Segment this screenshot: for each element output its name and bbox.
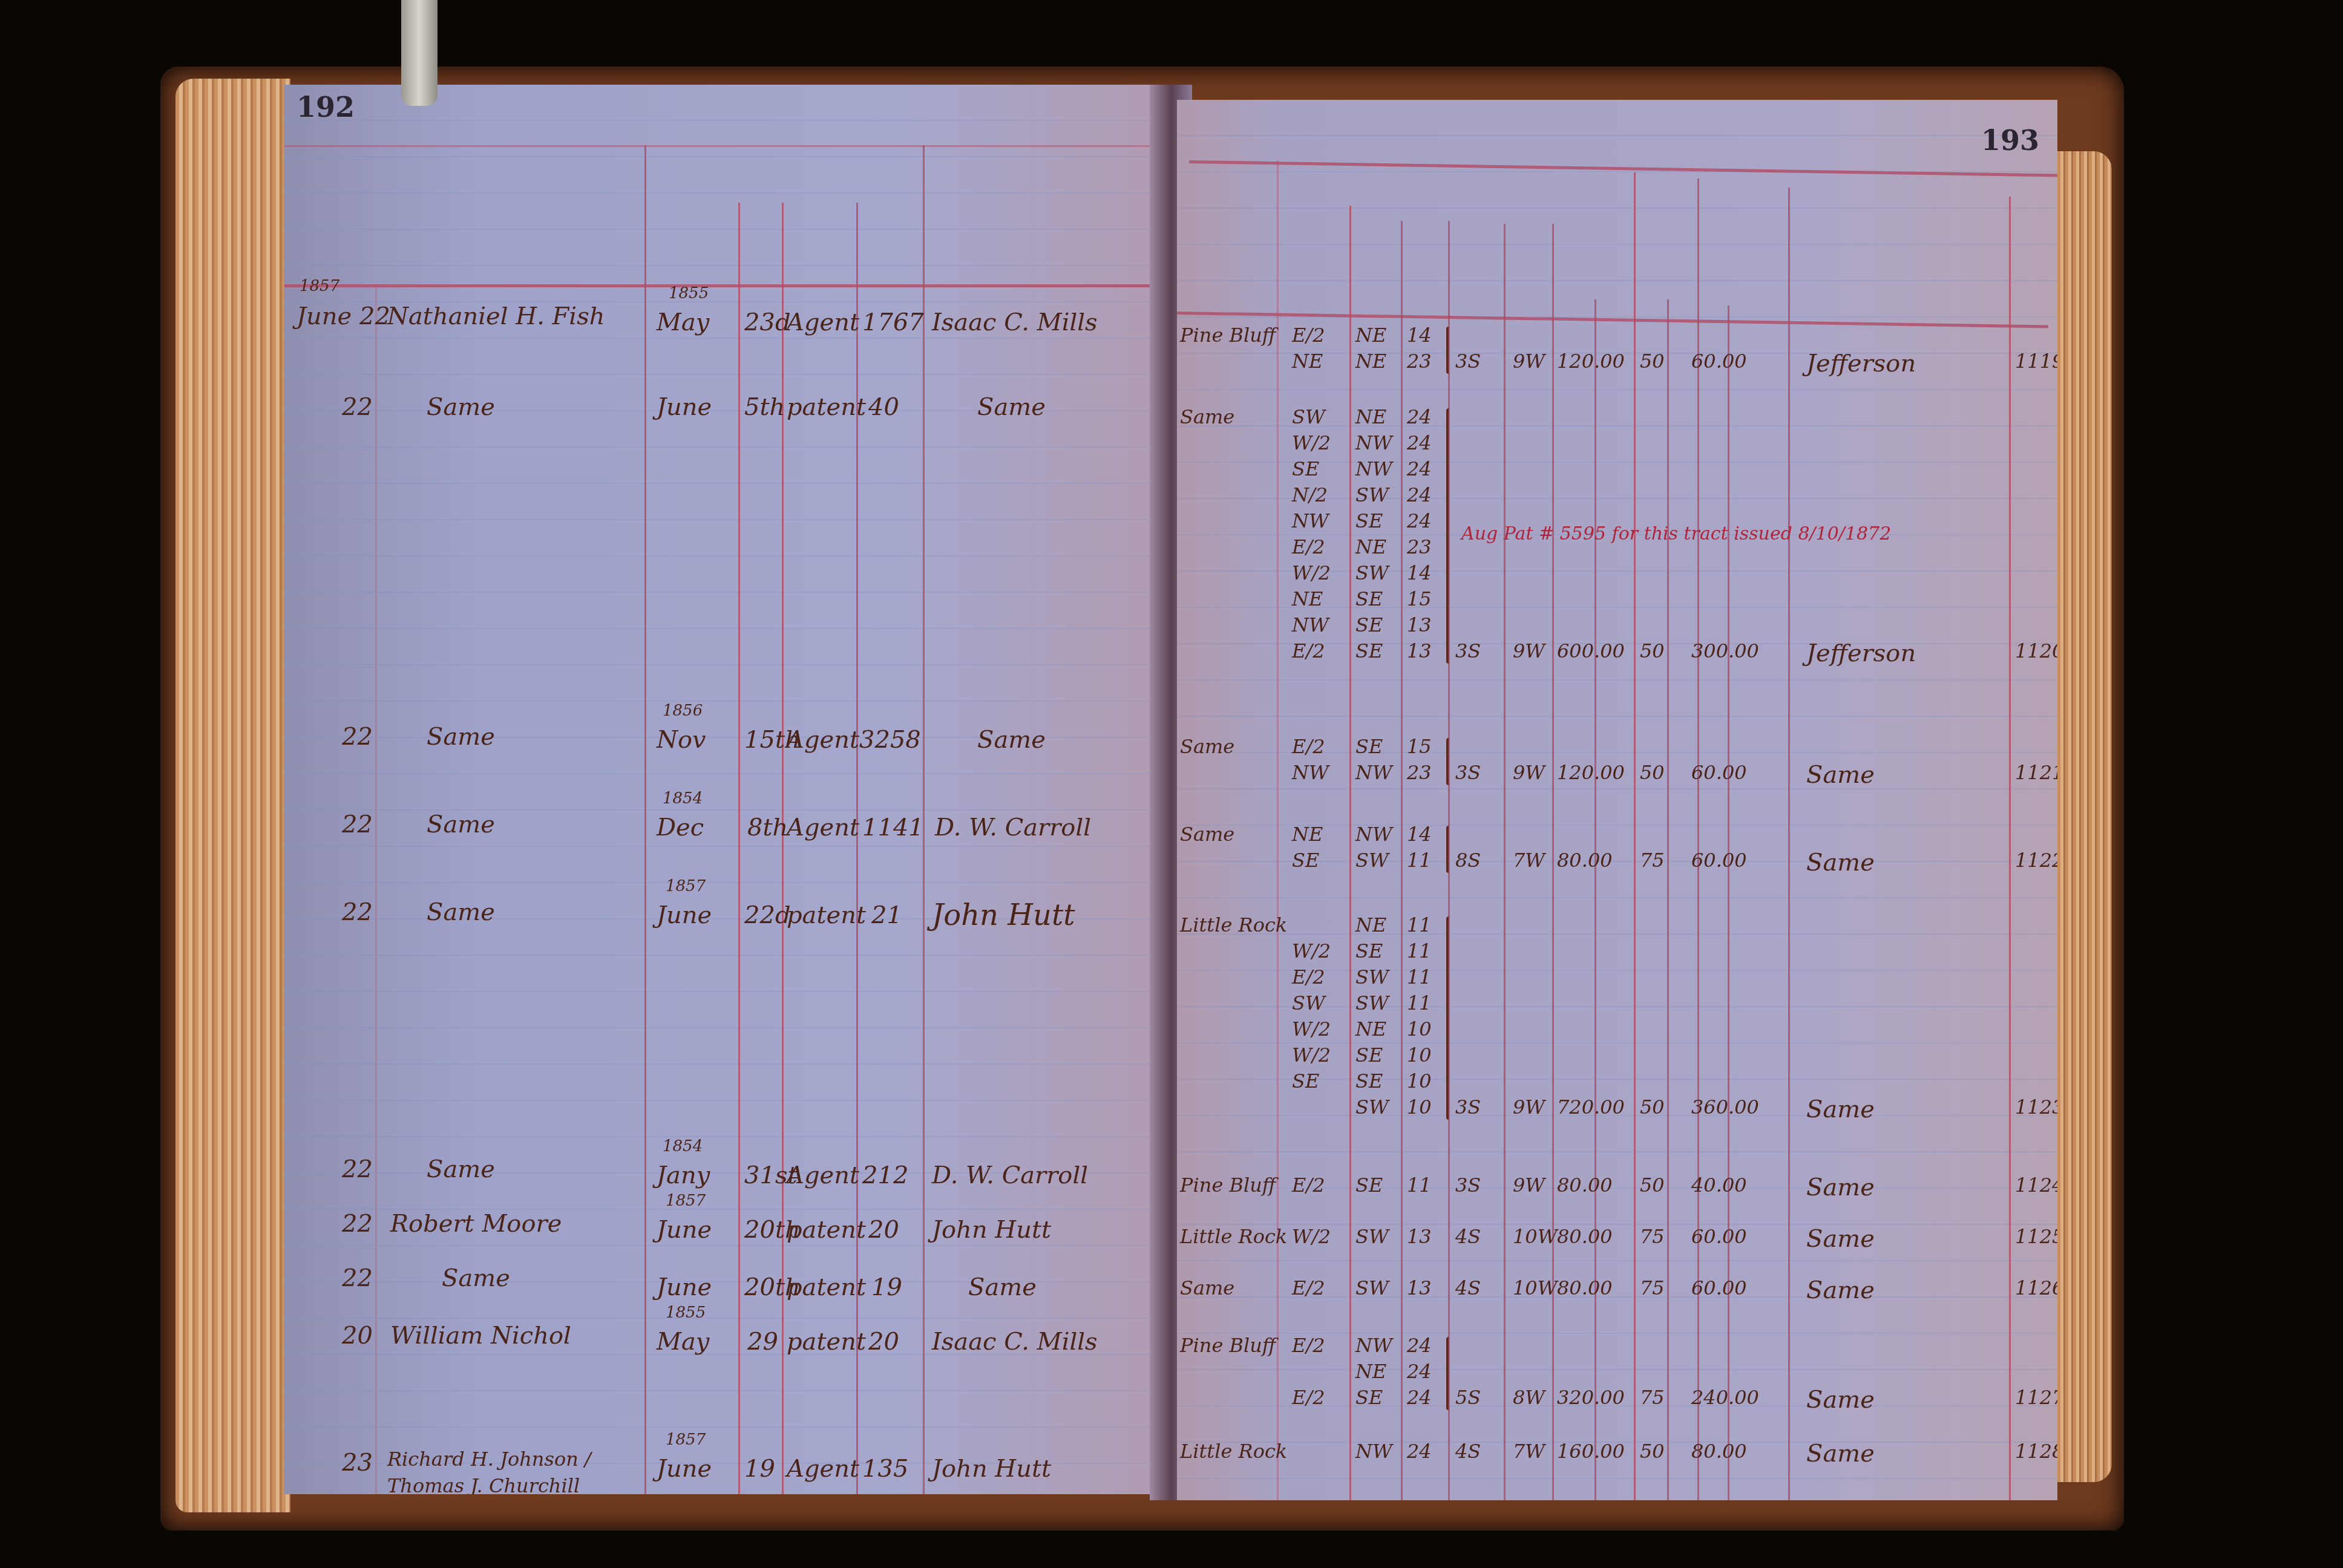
- tract-bracket: [1446, 826, 1452, 873]
- correction-annotation: Aug Pat # 5595 for this tract issued 8/1…: [1461, 523, 1891, 544]
- tract-bracket: [1446, 738, 1452, 785]
- column-rule: [644, 145, 646, 1494]
- tract-bracket: [1446, 1337, 1452, 1410]
- page-clip: [401, 0, 437, 106]
- right-page: 193 Aug Pat # 5595 for this tract issued…: [1177, 100, 2057, 1500]
- tract-bracket: [1446, 916, 1452, 1120]
- tract-bracket: [1446, 327, 1452, 374]
- left-page-number: 192: [297, 91, 355, 123]
- page-edges-right: [2057, 151, 2112, 1482]
- left-page: 192 1857 June 22 Nathaniel H. Fish 1855 …: [284, 85, 1174, 1494]
- page-edges-left: [175, 79, 290, 1512]
- right-page-number: 193: [1981, 124, 2039, 157]
- tract-bracket: [1446, 408, 1452, 664]
- header-rule: [284, 284, 1174, 287]
